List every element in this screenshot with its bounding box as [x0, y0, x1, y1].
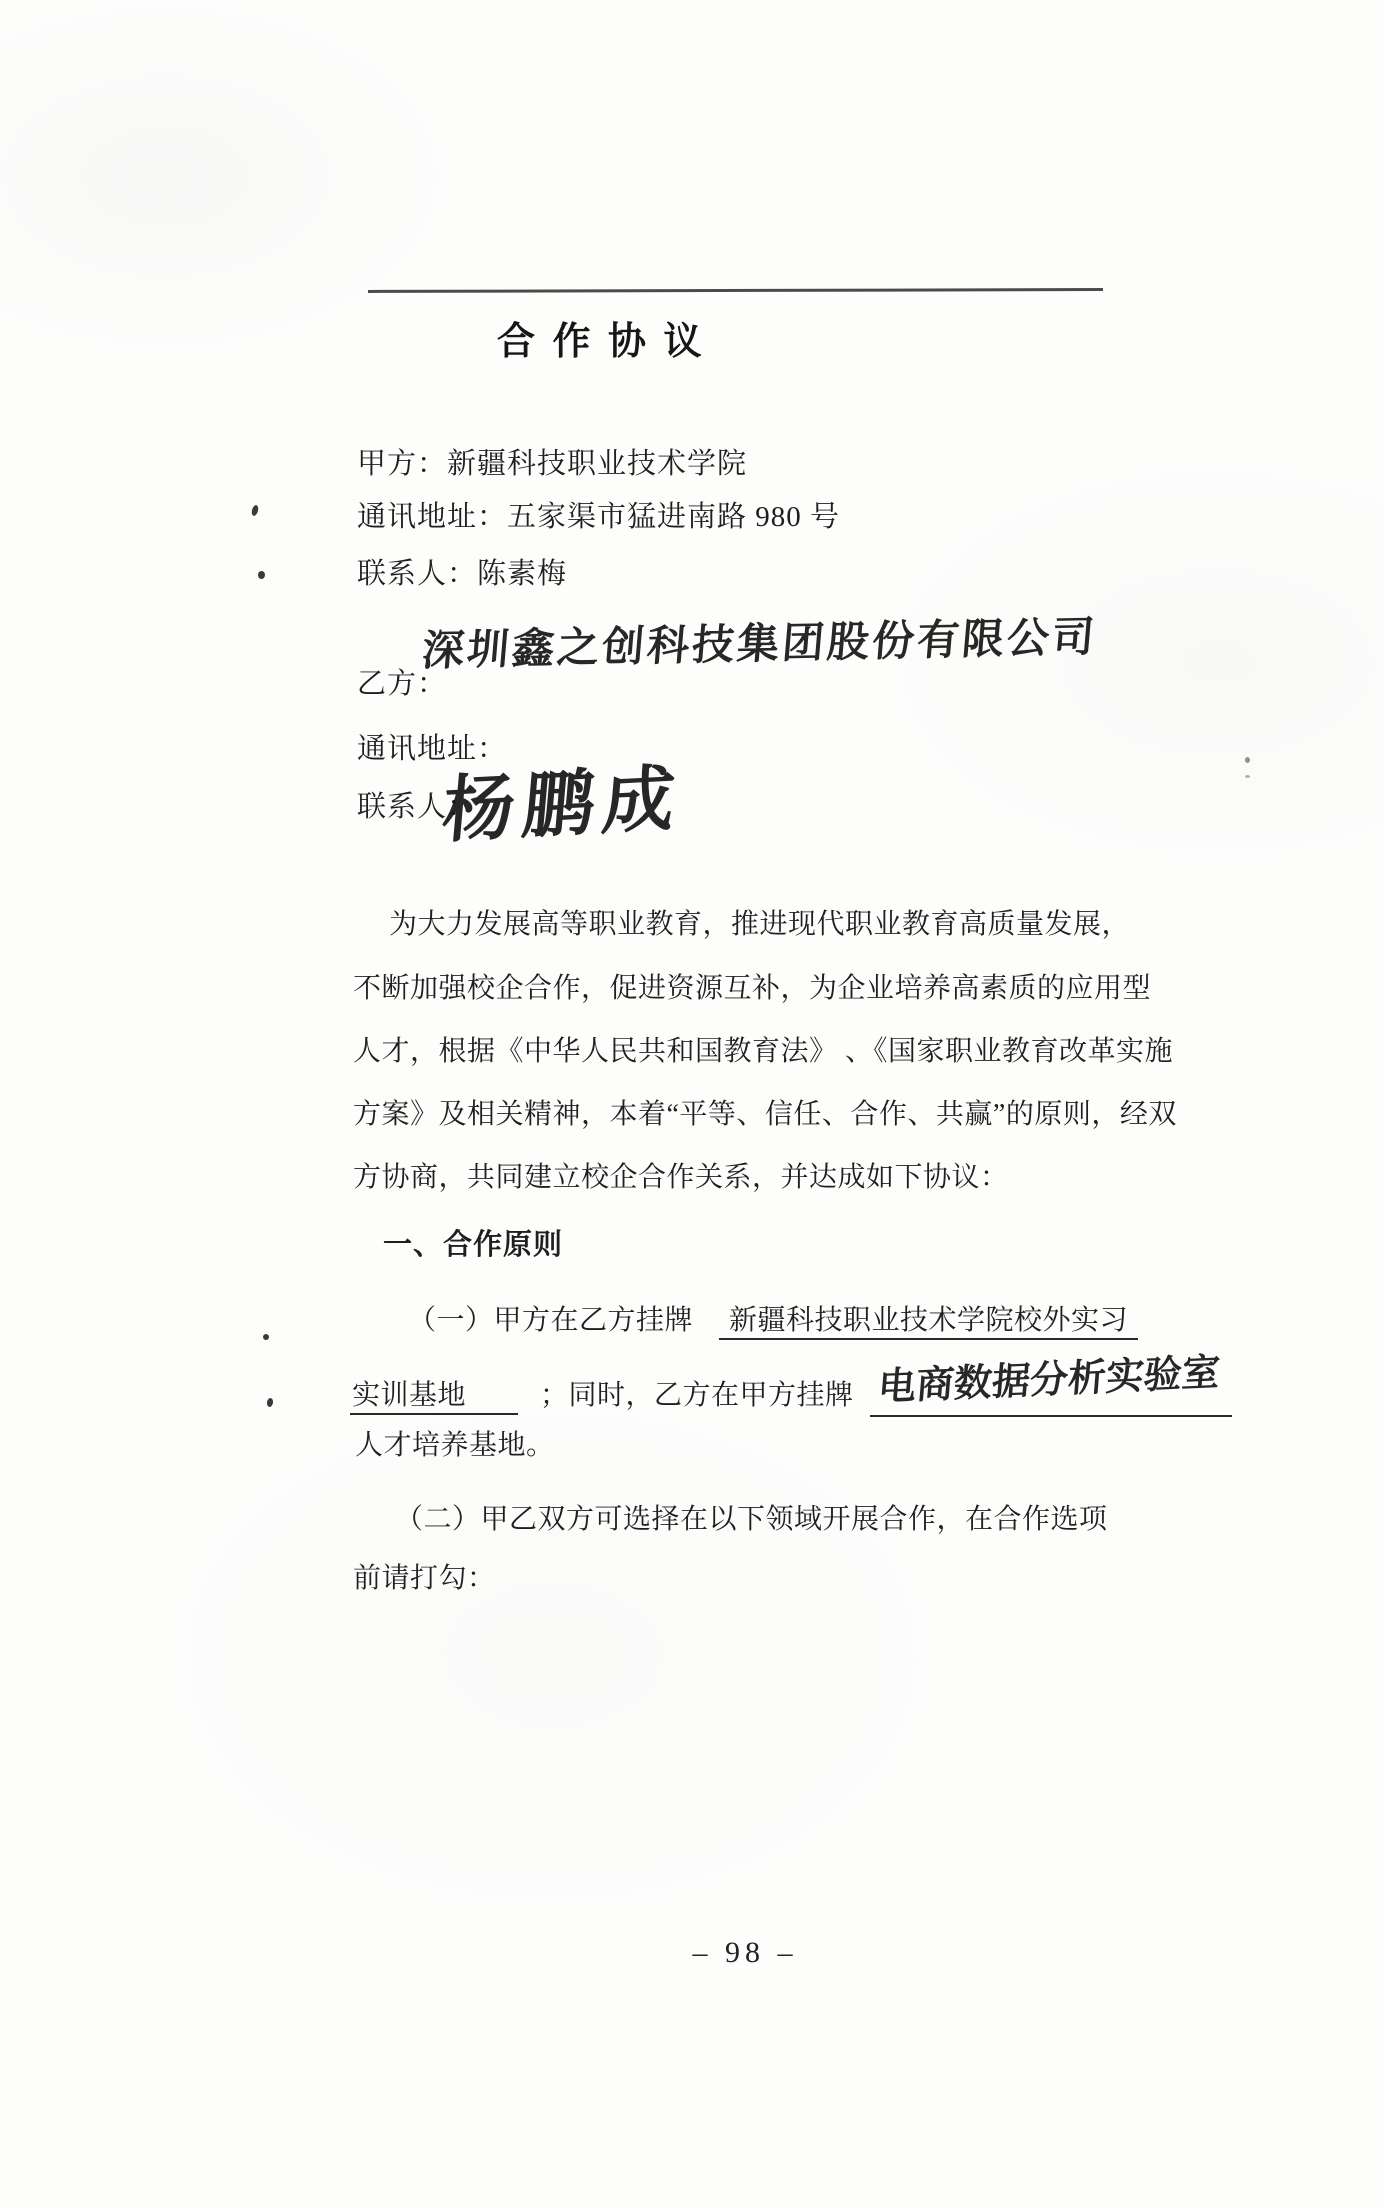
section-1-heading: 一、合作原则 — [383, 1222, 563, 1263]
party-a-address: 五家渠市猛进南路 980 号 — [507, 501, 840, 533]
item-1-middle-text: ；同时，乙方在甲方挂牌 — [540, 1380, 854, 1411]
scan-speck — [266, 1398, 273, 1408]
scan-speck — [251, 504, 260, 516]
item-1-line-3: 人才培养基地。 — [355, 1423, 555, 1463]
item-1-line-2: 实训基地；同时，乙方在甲方挂牌电商数据分析实验室 — [350, 1360, 1232, 1417]
party-a-label: 甲方： — [357, 448, 447, 480]
item-1-handwriting: 电商数据分析实验室 — [876, 1341, 1222, 1411]
scan-speck — [263, 1334, 269, 1340]
item-1-underlined-text-2: 实训基地 — [350, 1380, 518, 1415]
party-a-contact-line: 联系人：陈素梅 — [357, 551, 567, 592]
scan-speck — [1245, 775, 1250, 778]
party-b-contact-handwriting: 杨鹏成 — [439, 739, 688, 856]
scanned-document-page: 合 作 协 议 甲方：新疆科技职业技术学院 通讯地址：五家渠市猛进南路 980 … — [0, 0, 1384, 2208]
item-1-line-1: （一）甲方在乙方挂牌新疆科技职业技术学院校外实习 — [408, 1298, 1138, 1338]
item-1-underlined-text-1: 新疆科技职业技术学院校外实习 — [719, 1305, 1138, 1340]
party-a-contact-label: 联系人： — [357, 558, 477, 590]
scan-speck — [1245, 757, 1250, 763]
item-1-fill-in-underline: 电商数据分析实验室 — [870, 1360, 1232, 1417]
party-a-address-line: 通讯地址：五家渠市猛进南路 980 号 — [357, 494, 840, 535]
scan-speck — [258, 571, 265, 579]
party-a-address-label: 通讯地址： — [357, 501, 507, 533]
title-rule — [368, 288, 1103, 293]
page-number: – 98 – — [650, 1936, 840, 1970]
party-b-name-handwriting: 深圳鑫之创科技集团股份有限公司 — [420, 604, 1100, 678]
item-1-prefix: （一）甲方在乙方挂牌 — [408, 1305, 693, 1336]
party-a-contact: 陈素梅 — [477, 558, 567, 590]
preamble-line-3: 人才，根据《中华人民共和国教育法》 、《国家职业教育改革实施 — [353, 1029, 1173, 1069]
preamble-line-1: 为大力发展高等职业教育，推进现代职业教育高质量发展， — [389, 902, 1130, 942]
document-title: 合 作 协 议 — [497, 310, 706, 365]
party-a-name: 新疆科技职业技术学院 — [447, 448, 747, 480]
party-a-name-line: 甲方：新疆科技职业技术学院 — [357, 441, 747, 482]
item-2-line-2: 前请打勾： — [353, 1556, 496, 1596]
preamble-line-5: 方协商，共同建立校企合作关系，并达成如下协议： — [353, 1155, 1009, 1195]
item-2-line-1: （二）甲乙双方可选择在以下领域开展合作，在合作选项 — [395, 1497, 1108, 1537]
preamble-line-2: 不断加强校企合作，促进资源互补，为企业培养高素质的应用型 — [353, 966, 1151, 1006]
preamble-line-4: 方案》及相关精神，本着“平等、信任、合作、共赢”的原则，经双 — [353, 1092, 1177, 1132]
